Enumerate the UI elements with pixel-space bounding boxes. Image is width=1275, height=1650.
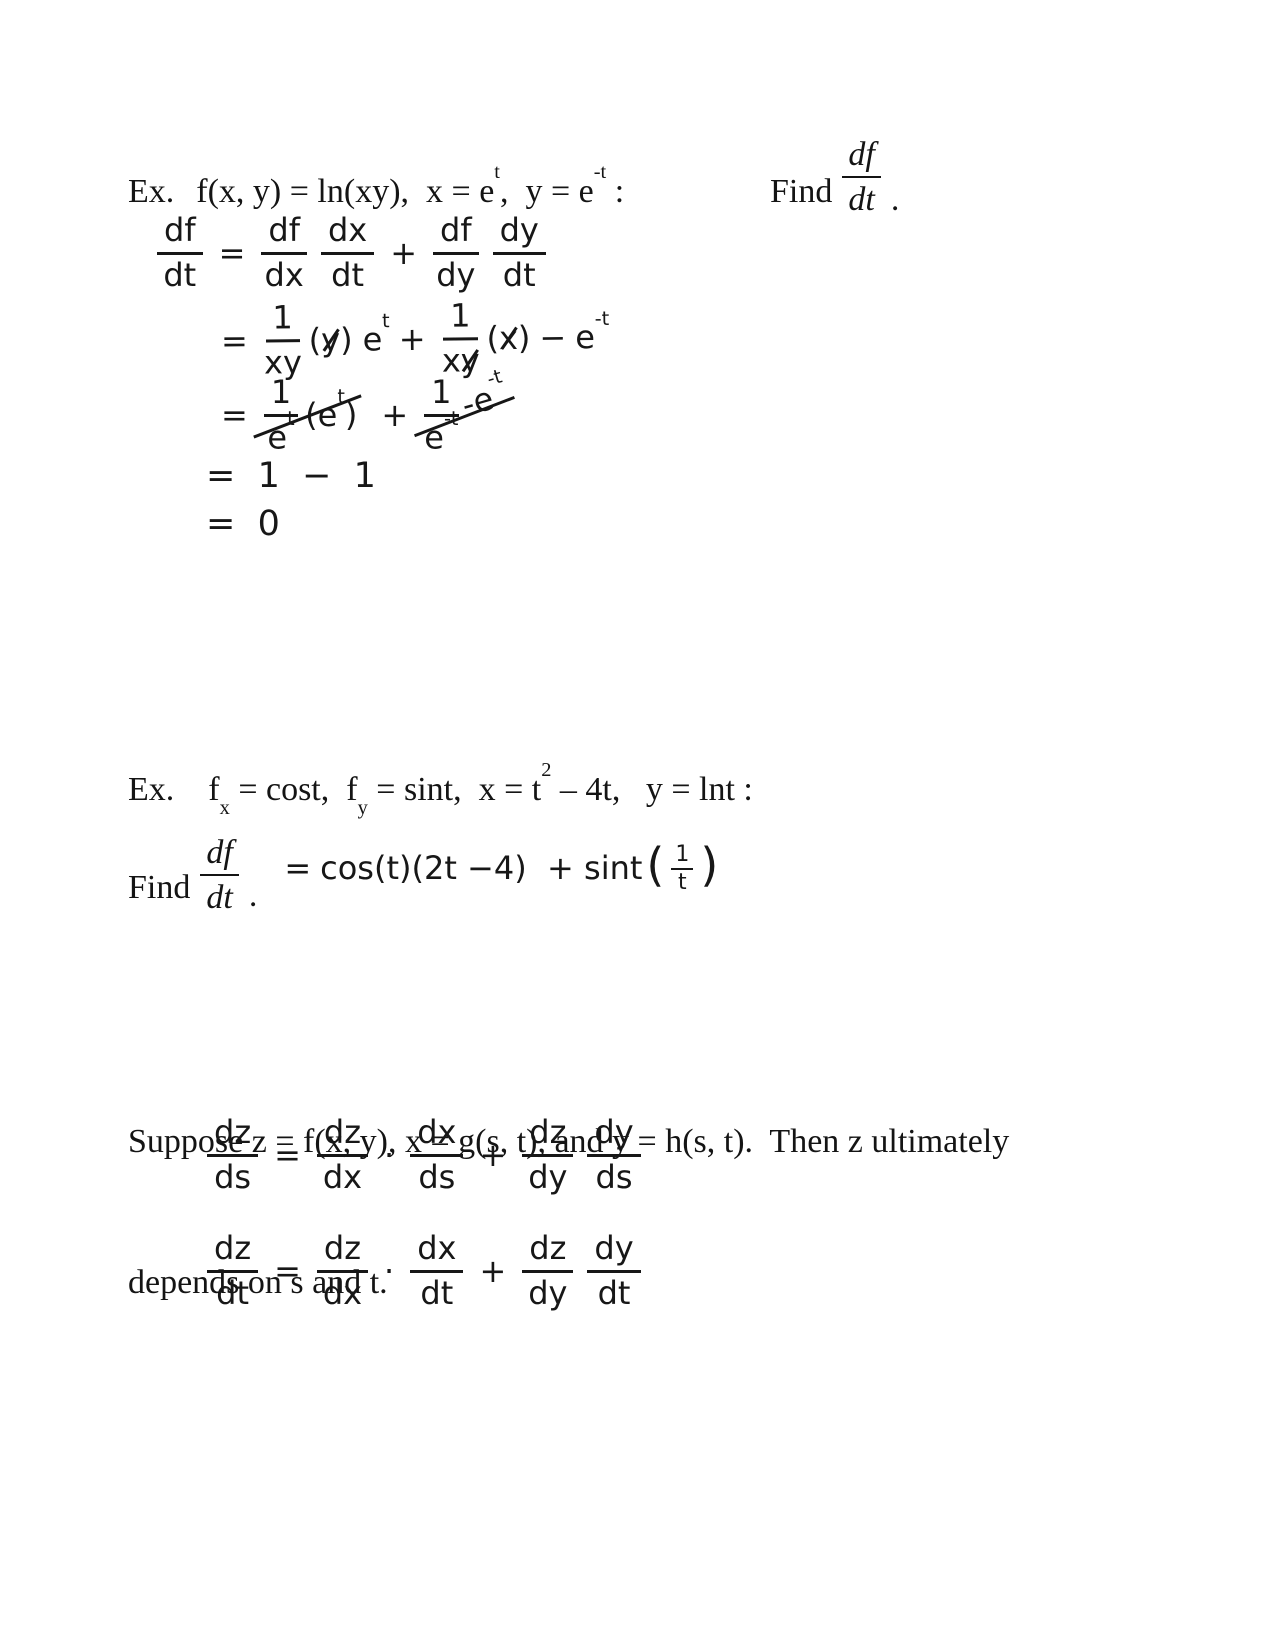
multiplication-dot: · (384, 1136, 394, 1174)
fraction-denominator: dt (163, 255, 196, 293)
example2-text-part2: = cost, f (230, 771, 358, 808)
equals-sign: = (274, 1136, 301, 1174)
fraction-numerator: dz (522, 1232, 573, 1273)
fraction-dx-dt: dxdt (321, 214, 374, 292)
plus-sign: + (479, 1136, 506, 1174)
fraction-dy-dt: dydt (587, 1232, 640, 1310)
superscript-2: 2 (541, 759, 551, 781)
close-paren: ) (345, 396, 357, 434)
fraction-denominator: dx (265, 255, 304, 293)
fraction-numerator: 1 (265, 301, 300, 342)
fraction-numerator: dy (587, 1116, 640, 1157)
close-paren: ) (518, 319, 531, 357)
example2-label: Ex. (128, 768, 174, 812)
fraction-numerator: 1 (671, 844, 693, 870)
fraction-denominator: ds (418, 1157, 455, 1195)
hw-cancellation-line: = 1et (et) + 1e-t -e-t (212, 376, 511, 455)
multiplication-dot: · (384, 1252, 394, 1290)
fraction-dz-ds: dzds (207, 1116, 258, 1194)
fraction-denominator: dy (528, 1273, 567, 1311)
fraction-denominator: dx (323, 1273, 362, 1311)
e-to-neg-t: e-t (575, 318, 610, 356)
equals-sign: = (221, 322, 248, 360)
example2-text: fx = cost, fy = sint, x = t2 – 4t, y = l… (208, 768, 753, 815)
example1-text-part1: f(x, y) = ln(xy), x = e (196, 173, 494, 210)
fraction-dz-dx: dzdx (317, 1232, 368, 1310)
fraction-numerator: df (157, 214, 203, 255)
close-paren: ) (700, 842, 718, 888)
worksheet-page: { "ink": "#171717", "ex1": { "label": "E… (0, 0, 1275, 1650)
exponent-t: t (287, 407, 295, 430)
fraction-numerator: dz (317, 1232, 368, 1273)
crossed-x: x (499, 319, 518, 357)
fraction-denominator: e-t (424, 417, 458, 455)
e-to-t: et (362, 320, 390, 358)
answer-body: cos(t)(2t −4) + sint (320, 848, 642, 890)
plus-sign: + (390, 234, 417, 272)
df-dt-fraction: df dt (200, 834, 238, 917)
exponent-neg-t: -t (595, 307, 610, 330)
fraction-dz-dt: dzdt (207, 1232, 258, 1310)
fraction-dy-ds: dyds (587, 1116, 640, 1194)
fraction-denominator: dy (436, 255, 475, 293)
diagonal-neg-e-neg-t: -e-t (457, 375, 511, 424)
fraction-numerator: dz (207, 1116, 258, 1157)
example1-statement: Ex. f(x, y) = ln(xy), x = et, y = e-t : (128, 170, 624, 214)
exponent-neg-t: -t (444, 407, 458, 430)
find-label: Find (770, 170, 832, 214)
e-base: e (575, 318, 595, 356)
fraction-1-et: 1et (264, 376, 298, 455)
open-paren: ( (646, 842, 664, 888)
open-paren: ( (308, 321, 321, 359)
plus-sign: + (381, 396, 408, 434)
crossed-y: y (321, 321, 340, 359)
cancelled-term-2: 1e-t -e-t (417, 376, 511, 455)
equals-sign: = (274, 1252, 301, 1290)
fraction-denominator: dt (598, 1273, 631, 1311)
plus-sign: + (479, 1252, 506, 1290)
fraction-1-xy: 1xy (263, 301, 302, 380)
fraction-numerator: df (200, 834, 238, 876)
fraction-dz-dx: dzdx (317, 1116, 368, 1194)
fraction-denominator: dt (848, 178, 874, 218)
fraction-1-xy-2: 1xy (441, 299, 480, 378)
fraction-denominator: ds (596, 1157, 633, 1195)
fraction-denominator: dt (216, 1273, 249, 1311)
fraction-dx-ds: dxds (410, 1116, 463, 1194)
fraction-denominator: dt (331, 255, 364, 293)
fraction-numerator: dy (493, 214, 546, 255)
fraction-denominator: et (267, 417, 294, 455)
equals-sign: = (284, 848, 311, 890)
crossed-y: y (461, 344, 480, 378)
plus-sign: + (399, 320, 426, 358)
fraction-numerator: df (842, 136, 880, 178)
fraction-dx-dt: dxdt (410, 1232, 463, 1310)
subscript-y: y (358, 797, 368, 819)
example1-text: f(x, y) = ln(xy), x = et, y = e-t : (196, 170, 624, 214)
example1-find: Find df dt . (770, 126, 899, 222)
hw-dz-ds-line: dzds = dzdx · dxds + dzdy dyds (200, 1116, 648, 1194)
fraction-denominator: dy (528, 1157, 567, 1195)
fraction-1-t: 1t (671, 844, 693, 894)
fraction-numerator: dx (410, 1232, 463, 1273)
hw-result-zero-line: = 0 (206, 504, 280, 544)
fraction-dz-dy: dzdy (522, 1116, 573, 1194)
example2-find-row: Find df dt . = cos(t)(2t −4) + sint ( 1t… (128, 826, 722, 918)
fraction-numerator: df (433, 214, 479, 255)
fraction-numerator: dz (317, 1116, 368, 1157)
fraction-1-e-neg-t: 1e-t (424, 376, 458, 455)
fraction-dz-dy: dzdy (522, 1232, 573, 1310)
fraction-numerator: dz (207, 1232, 258, 1273)
fraction-denominator: t (678, 870, 687, 894)
fraction-df-dy: dfdy (433, 214, 479, 292)
close-paren: ) (340, 321, 353, 359)
paren-e-t: (et) (305, 396, 357, 434)
e-base: e (267, 418, 287, 456)
fraction-denominator: dt (206, 876, 232, 916)
hw-dz-dt-line: dzdt = dzdx · dxdt + dzdy dydt (200, 1232, 648, 1310)
example1-superscript-neg-t: -t (594, 161, 606, 183)
hw-substitution-line: = 1xy (y) et + 1xy (x) − e-t (212, 298, 610, 380)
period: . (891, 178, 900, 222)
minus-sign: − (539, 318, 566, 356)
equals-sign: = (221, 396, 248, 434)
fraction-denominator: ds (214, 1157, 251, 1195)
open-paren-e: (e (305, 396, 337, 434)
example2-text-part4: – 4t, y = lnt : (551, 771, 752, 808)
fraction-numerator: dy (587, 1232, 640, 1273)
period: . (249, 874, 258, 918)
fraction-numerator: 1 (443, 299, 478, 340)
example1-label: Ex. (128, 170, 174, 214)
fraction-numerator: df (261, 214, 307, 255)
fraction-numerator: dz (522, 1116, 573, 1157)
fraction-denominator: dx (323, 1157, 362, 1195)
example1-text-part2: , y = e (500, 173, 594, 210)
exponent-t: t (337, 385, 345, 408)
fraction-df-dt: dfdt (157, 214, 203, 292)
example1-superscript-t: t (494, 161, 500, 183)
fraction-df-dx: dfdx (261, 214, 307, 292)
subscript-x: x (220, 797, 230, 819)
hw-example2-answer: = cos(t)(2t −4) + sint ( 1t ) (275, 844, 722, 894)
fraction-denominator: dt (420, 1273, 453, 1311)
fraction-numerator: dx (321, 214, 374, 255)
open-paren: ( (486, 319, 499, 357)
example1-colon: : (606, 173, 624, 210)
e-base: e (424, 418, 444, 456)
e-base: e (362, 320, 382, 358)
exponent-t: t (382, 309, 390, 332)
df-dt-fraction: df dt (842, 136, 880, 219)
hw-chain-rule-line: dfdt = dfdx dxdt + dfdy dydt (150, 214, 553, 292)
example2-text-part3: = sint, x = t (368, 771, 541, 808)
cancelled-term-1: 1et (et) (257, 376, 358, 455)
f-var: f (208, 771, 219, 808)
fraction-denominator: dt (503, 255, 536, 293)
example2-statement: Ex. fx = cost, fy = sint, x = t2 – 4t, y… (128, 768, 753, 815)
fraction-dy-dt: dydt (493, 214, 546, 292)
hw-one-minus-one-line: = 1 − 1 (206, 456, 376, 496)
equals-sign: = (219, 234, 246, 272)
fraction-numerator: dx (410, 1116, 463, 1157)
find-label: Find (128, 866, 190, 910)
